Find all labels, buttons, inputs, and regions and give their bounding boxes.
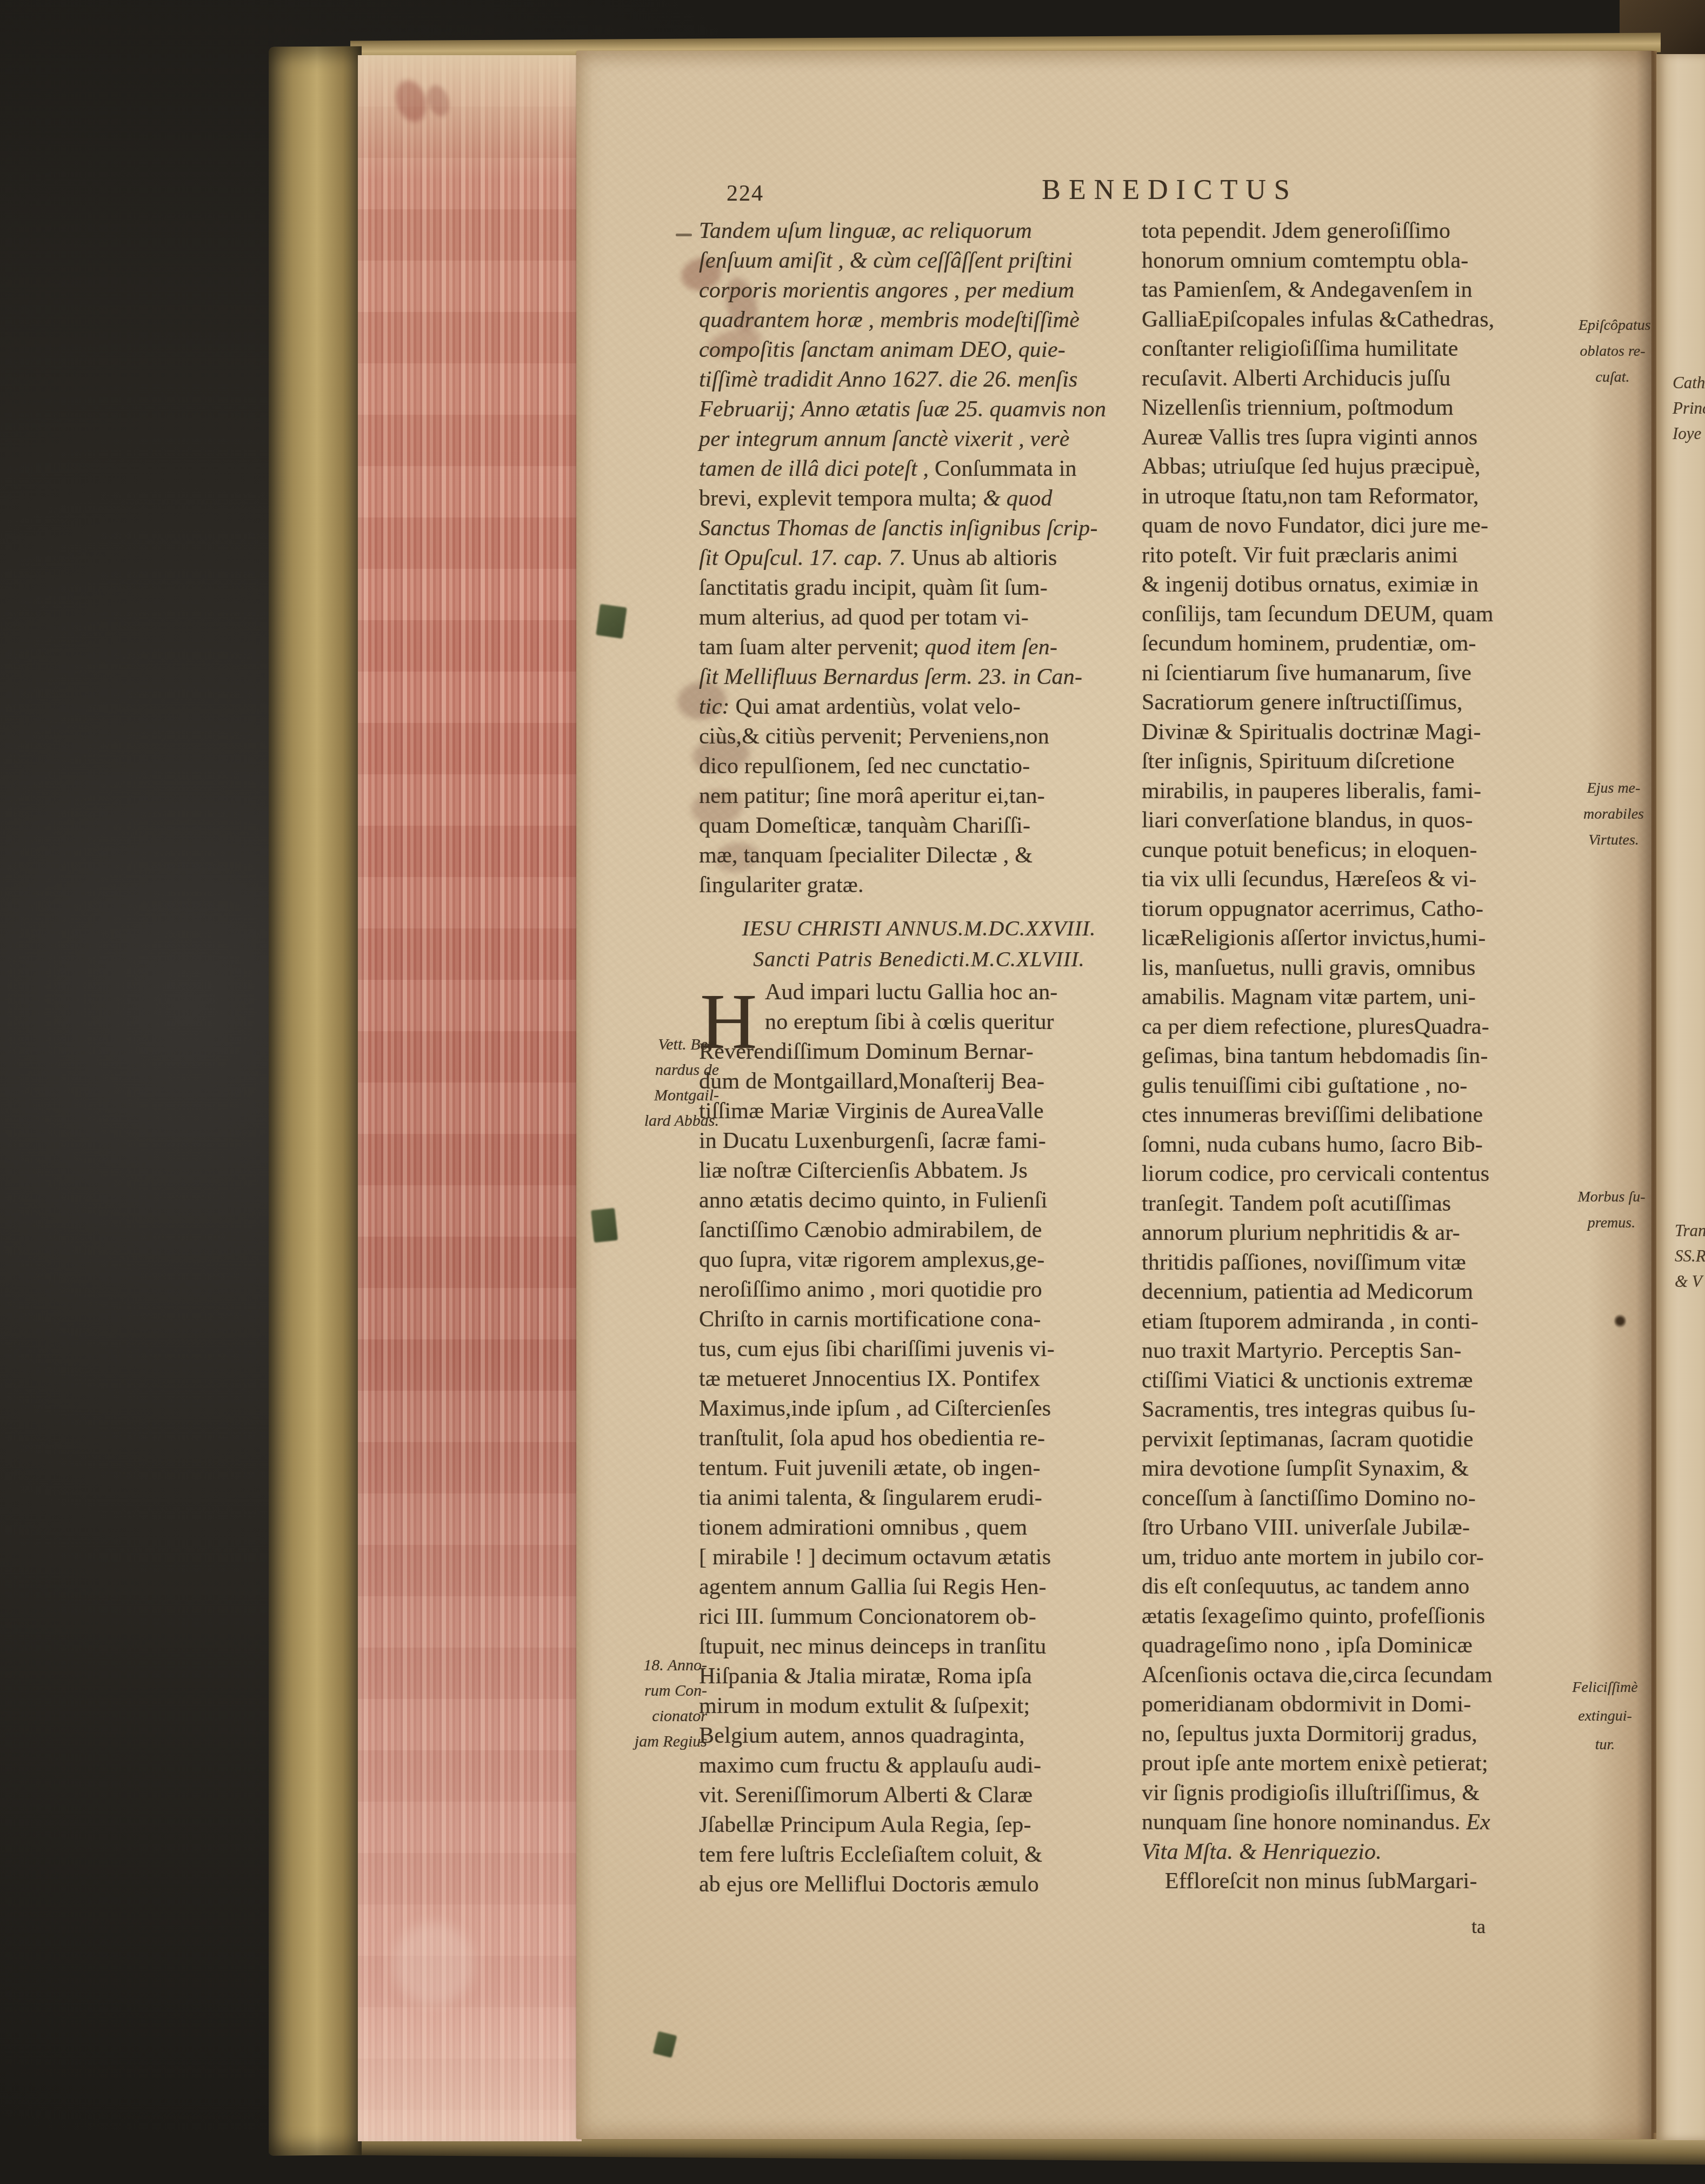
roman-text: recuſavit. Alberti Archiducis juſſu bbox=[1142, 366, 1451, 391]
roman-text: Feliciſſimè bbox=[1572, 1679, 1637, 1696]
text-line: tam ſuam alter pervenit; quod item ſen- bbox=[699, 633, 1139, 662]
text-line: rum Con- bbox=[608, 1678, 707, 1703]
roman-text: nardus de bbox=[655, 1061, 719, 1079]
roman-text: Qui amat ardentiùs, volat velo- bbox=[730, 694, 1021, 719]
roman-text: ætatis ſexageſimo quinto, profeſſionis bbox=[1142, 1604, 1485, 1629]
roman-text: ab ejus ore Melliflui Doctoris æmulo bbox=[699, 1872, 1039, 1897]
roman-text: dico repulſionem, ſed nec cunctatio- bbox=[699, 754, 1030, 779]
text-line: dis eſt conſequutus, ac tandem anno bbox=[1142, 1572, 1582, 1602]
roman-text: ca per diem refectione, pluresQuadra- bbox=[1142, 1014, 1489, 1039]
roman-text: ctes innumeras breviſſimi delibatione bbox=[1142, 1103, 1483, 1127]
roman-text: quadrageſimo nono , ipſa Dominicæ bbox=[1142, 1633, 1473, 1658]
roman-text: cuſat. bbox=[1596, 369, 1630, 386]
italic-text: Vita Mſta. & Henriquezio. bbox=[1142, 1840, 1382, 1864]
text-line: rici III. ſummum Concionatorem ob- bbox=[699, 1602, 1139, 1632]
text-line: tas Pamienſem, & Andegavenſem in bbox=[1142, 275, 1582, 305]
italic-text: quadrantem horæ , membris modeſtiſſimè bbox=[699, 308, 1080, 333]
text-line: Februarij; Anno ætatis ſuæ 25. quamvis n… bbox=[699, 395, 1139, 424]
italic-text: Februarij; Anno ætatis ſuæ 25. quamvis n… bbox=[699, 397, 1106, 422]
roman-text: tus, cum ejus ſibi chariſſimi juvenis vi… bbox=[699, 1337, 1055, 1362]
text-line: Morbus ſu- bbox=[1576, 1184, 1647, 1210]
roman-text: decennium, patientia ad Medicorum bbox=[1142, 1279, 1473, 1304]
margin-note-episcopatus: Epiſcôpatusoblatos re-cuſat. bbox=[1579, 313, 1647, 390]
facing-page-sliver bbox=[1656, 54, 1705, 2140]
roman-text: Unus ab altioris bbox=[906, 546, 1057, 570]
roman-text: Vett. Ber- bbox=[658, 1035, 719, 1053]
roman-text: tam ſuam alter pervenit; bbox=[699, 635, 925, 660]
roman-text: lard Abbas. bbox=[644, 1112, 719, 1130]
roman-text: tas Pamienſem, & Andegavenſem in bbox=[1142, 277, 1473, 302]
text-line: vir ſignis prodigioſis illuſtriſſimus, & bbox=[1142, 1778, 1582, 1808]
roman-text: pomeridianam obdormivit in Domi- bbox=[1142, 1692, 1471, 1717]
roman-text: vit. Sereniſſimorum Alberti & Claræ bbox=[699, 1783, 1033, 1808]
margin-note-extinguitur: Feliciſſimèextingui-tur. bbox=[1572, 1673, 1638, 1759]
text-line: mum alterius, ad quod per totam vi- bbox=[699, 603, 1139, 633]
text-line: ſanctitatis gradu incipit, quàm ſit ſum- bbox=[699, 573, 1139, 603]
text-line: Ioye bbox=[1673, 421, 1705, 446]
text-line: Belgium autem, annos quadraginta, bbox=[699, 1721, 1139, 1751]
roman-text: Belgium autem, annos quadraginta, bbox=[699, 1723, 1025, 1748]
roman-text: mirum in modum extulit & ſuſpexit; bbox=[699, 1694, 1030, 1718]
roman-text: honorum omnium comtemptu obla- bbox=[1142, 248, 1468, 273]
roman-text: Virtutes. bbox=[1588, 832, 1639, 848]
bookmark-tab bbox=[596, 604, 627, 639]
paragraph-dash bbox=[676, 234, 692, 236]
roman-text: Abbas; utriuſque ſed hujus præcipuè, bbox=[1142, 454, 1481, 479]
text-line: Vita Mſta. & Henriquezio. bbox=[1142, 1837, 1582, 1867]
italic-text: ſenſuum amiſit , & cùm ceſſâſſent priſti… bbox=[699, 248, 1073, 273]
roman-text: Princ bbox=[1673, 399, 1705, 417]
text-line: mirum in modum extulit & ſuſpexit; bbox=[699, 1691, 1139, 1721]
text-line: Maximus,inde ipſum , ad Ciſtercienſes bbox=[699, 1394, 1139, 1424]
text-line: Sanctus Thomas de ſanctis inſignibus ſcr… bbox=[699, 514, 1139, 543]
roman-text: nunquam ſine honore nominandus. bbox=[1142, 1810, 1466, 1835]
bookmark-tab bbox=[591, 1208, 618, 1243]
roman-text: quam de novo Fundator, dici jure me- bbox=[1142, 513, 1488, 538]
text-line: ctiſſimi Viatici & unctionis extremæ bbox=[1142, 1366, 1582, 1396]
text-line: tic: Qui amat ardentiùs, volat velo- bbox=[699, 692, 1139, 722]
text-line: nardus de bbox=[620, 1057, 719, 1083]
roman-text: tionem admirationi omnibus , quem bbox=[699, 1515, 1027, 1540]
text-line: Sacratiorum genere inſtructiſſimus, bbox=[1142, 688, 1582, 718]
roman-text: tiorum oppugnator acerrimus, Catho- bbox=[1142, 897, 1483, 921]
text-line: Reverendiſſimum Dominum Bernar- bbox=[699, 1037, 1139, 1067]
text-line: Cath bbox=[1673, 370, 1705, 395]
roman-text: tiſſimæ Mariæ Virginis de AureaValle bbox=[699, 1099, 1044, 1124]
roman-text: ni ſcientiarum ſive humanarum, ſive bbox=[1142, 661, 1471, 686]
text-line: & V bbox=[1675, 1269, 1705, 1294]
text-line: Abbas; utriuſque ſed hujus præcipuè, bbox=[1142, 452, 1582, 482]
text-line: tota pependit. Jdem generoſiſſimo bbox=[1142, 216, 1582, 246]
text-line: anno ætatis decimo quinto, in Fulienſi bbox=[699, 1186, 1139, 1216]
roman-text: ſanctiſſimo Cænobio admirabilem, de bbox=[699, 1218, 1042, 1243]
roman-text: Aſcenſionis octava die,circa ſecundam bbox=[1142, 1663, 1493, 1688]
roman-text: quo ſupra, vitæ rigorem amplexus,ge- bbox=[699, 1247, 1044, 1272]
roman-text: Sacratiorum genere inſtructiſſimus, bbox=[1142, 690, 1463, 715]
roman-text: Morbus ſu- bbox=[1577, 1189, 1645, 1205]
roman-text: mirabilis, in pauperes liberalis, fami- bbox=[1142, 779, 1481, 804]
text-line: corporis morientis angores , per medium bbox=[699, 276, 1139, 306]
fore-edge-shading bbox=[358, 55, 582, 2141]
roman-text: conceſſum à ſanctiſſimo Domino no- bbox=[1142, 1486, 1476, 1511]
text-line: ſecundum hominem, prudentiæ, om- bbox=[1142, 629, 1582, 659]
text-line: annorum plurium nephritidis & ar- bbox=[1142, 1218, 1582, 1248]
roman-text: Montgail- bbox=[654, 1086, 719, 1104]
text-line: Aud impari luctu Gallia hoc an- bbox=[699, 978, 1139, 1007]
roman-text: conſtanter religioſiſſima humilitate bbox=[1142, 336, 1458, 361]
roman-text: licæReligionis aſſertor invictus,humi- bbox=[1142, 926, 1486, 951]
italic-text: tamen de illâ dici poteſt , bbox=[699, 456, 929, 481]
italic-text: quod item ſen- bbox=[925, 635, 1057, 660]
text-line: maximo cum fructu & applauſu audi- bbox=[699, 1751, 1139, 1781]
text-line: cionator bbox=[608, 1703, 707, 1729]
text-line: agentem annum Gallia ſui Regis Hen- bbox=[699, 1572, 1139, 1602]
roman-text: ſomni, nuda cubans humo, ſacro Bib- bbox=[1142, 1132, 1483, 1157]
text-line: no ereptum ſibi à cœlis queritur bbox=[699, 1007, 1139, 1037]
text-line: dico repulſionem, ſed nec cunctatio- bbox=[699, 752, 1139, 781]
roman-text: Sancti Patris Benedicti.M.C.XLVIII. bbox=[753, 947, 1084, 971]
roman-text: SS.R bbox=[1675, 1246, 1705, 1265]
roman-text: in Ducatu Luxenburgenſi, ſacræ fami- bbox=[699, 1128, 1046, 1153]
text-line: Feliciſſimè bbox=[1572, 1673, 1638, 1702]
italic-text: Ex bbox=[1466, 1810, 1490, 1835]
roman-text: nuo traxit Martyrio. Perceptis San- bbox=[1142, 1338, 1461, 1363]
text-line: um, triduo ante mortem in jubilo cor- bbox=[1142, 1543, 1582, 1572]
roman-text: IESU CHRISTI ANNUS.M.DC.XXVIII. bbox=[742, 916, 1096, 940]
text-line: brevi, explevit tempora multa; & quod bbox=[699, 484, 1139, 514]
text-line: ætatis ſexageſimo quinto, profeſſionis bbox=[1142, 1602, 1582, 1631]
text-line: vit. Sereniſſimorum Alberti & Claræ bbox=[699, 1781, 1139, 1810]
roman-text: liorum codice, pro cervicali contentus bbox=[1142, 1161, 1489, 1186]
roman-text: tranſegit. Tandem poſt acutiſſimas bbox=[1142, 1191, 1451, 1216]
roman-text: ſtro Urbano VIII. univerſale Jubilæ- bbox=[1142, 1515, 1470, 1540]
text-line: rito poteſt. Vir fuit præclaris animi bbox=[1142, 541, 1582, 570]
text-line: tentum. Fuit juvenili ætate, ob ingen- bbox=[699, 1453, 1139, 1483]
text-line: tia animi talenta, & ſingularem erudi- bbox=[699, 1483, 1139, 1513]
text-line: dum de Montgaillard,Monaſterij Bea- bbox=[699, 1067, 1139, 1097]
text-line: Tandem uſum linguæ, ac reliquorum bbox=[699, 216, 1139, 246]
margin-note-bernardus: Vett. Ber-nardus deMontgail-lard Abbas. bbox=[620, 1032, 719, 1133]
text-line: licæReligionis aſſertor invictus,humi- bbox=[1142, 924, 1582, 953]
text-line: & ingenij dotibus ornatus, eximiæ in bbox=[1142, 570, 1582, 600]
roman-text: tur. bbox=[1595, 1736, 1615, 1753]
text-line: conſilijs, tam ſecundum DEUM, quam bbox=[1142, 600, 1582, 629]
roman-text: & V bbox=[1675, 1272, 1702, 1291]
page-number: 224 bbox=[727, 181, 764, 207]
text-line: thritidis paſſiones, noviſſimum vitæ bbox=[1142, 1248, 1582, 1278]
text-line: Virtutes. bbox=[1582, 827, 1646, 853]
roman-text: ſanctitatis gradu incipit, quàm ſit ſum- bbox=[699, 575, 1048, 600]
text-line: ſit Opuſcul. 17. cap. 7. Unus ab altiori… bbox=[699, 543, 1139, 573]
roman-text: no, ſepultus juxta Dormitorij gradus, bbox=[1142, 1722, 1477, 1747]
text-line: tia vix ulli ſecundus, Hæreſeos & vi- bbox=[1142, 865, 1582, 894]
roman-text: agentem annum Gallia ſui Regis Hen- bbox=[699, 1575, 1047, 1599]
text-line: ca per diem refectione, pluresQuadra- bbox=[1142, 1012, 1582, 1042]
text-line: Jſabellæ Principum Aula Regia, ſep- bbox=[699, 1810, 1139, 1840]
text-line: pervixit ſeptimanas, ſacram quotidie bbox=[1142, 1425, 1582, 1455]
roman-text: Ejus me- bbox=[1587, 780, 1641, 796]
italic-text: tic: bbox=[699, 694, 730, 719]
text-line: liæ noſtræ Ciſtercienſis Abbatem. Js bbox=[699, 1156, 1139, 1186]
text-line: tranſegit. Tandem poſt acutiſſimas bbox=[1142, 1189, 1582, 1219]
text-line: Chriſto in carnis mortificatione cona- bbox=[699, 1305, 1139, 1335]
facing-page-text-lower: TranSS.R& V bbox=[1675, 1218, 1705, 1294]
roman-text: in utroque ſtatu,non tam Reformator, bbox=[1142, 484, 1479, 509]
roman-text: 18. Anno- bbox=[643, 1656, 707, 1674]
text-line: Vett. Ber- bbox=[620, 1032, 719, 1057]
book-cover-edge bbox=[269, 47, 362, 2156]
text-line: pomeridianam obdormivit in Domi- bbox=[1142, 1690, 1582, 1720]
roman-text: mum alterius, ad quod per totam vi- bbox=[699, 605, 1029, 630]
text-line: IESU CHRISTI ANNUS.M.DC.XXVIII. bbox=[699, 913, 1139, 944]
text-line: quo ſupra, vitæ rigorem amplexus,ge- bbox=[699, 1245, 1139, 1275]
roman-text: no ereptum ſibi à cœlis queritur bbox=[765, 1010, 1054, 1034]
running-title: BENEDICTUS bbox=[1001, 174, 1338, 206]
roman-text: neroſiſſimo animo , mori quotidie pro bbox=[699, 1277, 1042, 1302]
text-line: extingui- bbox=[1572, 1702, 1638, 1730]
text-line: Princ bbox=[1673, 395, 1705, 421]
roman-text: annorum plurium nephritidis & ar- bbox=[1142, 1220, 1460, 1245]
margin-ink-blot bbox=[1614, 1314, 1626, 1328]
text-line: tem fere luſtris Eccleſiaſtem coluit, & bbox=[699, 1840, 1139, 1870]
roman-text: Epiſcôpatus bbox=[1579, 317, 1651, 334]
text-line: tus, cum ejus ſibi chariſſimi juvenis vi… bbox=[699, 1335, 1139, 1364]
text-line: Nizellenſis triennium, poſtmodum bbox=[1142, 393, 1582, 423]
text-line: tionem admirationi omnibus , quem bbox=[699, 1513, 1139, 1543]
roman-text: tem fere luſtris Eccleſiaſtem coluit, & bbox=[699, 1842, 1042, 1867]
text-line: geſimas, bina tantum hebdomadis ſin- bbox=[1142, 1041, 1582, 1071]
text-line: recuſavit. Alberti Archiducis juſſu bbox=[1142, 364, 1582, 394]
roman-text: dis eſt conſequutus, ac tandem anno bbox=[1142, 1574, 1470, 1599]
text-line: nem patitur; ſine morâ aperitur ei,tan- bbox=[699, 781, 1139, 811]
text-line: no, ſepultus juxta Dormitorij gradus, bbox=[1142, 1720, 1582, 1749]
left-column-upper-text: Tandem uſum linguæ, ac reliquorumſenſuum… bbox=[699, 216, 1139, 900]
text-line: in utroque ſtatu,non tam Reformator, bbox=[1142, 482, 1582, 512]
text-line: nunquam ſine honore nominandus. Ex bbox=[1142, 1808, 1582, 1837]
text-line: [ mirabile ! ] decimum octavum ætatis bbox=[699, 1543, 1139, 1572]
text-line: ſter inſignis, Spirituum diſcretione bbox=[1142, 747, 1582, 776]
text-line: amabilis. Magnam vitæ partem, uni- bbox=[1142, 983, 1582, 1012]
roman-text: rum Con- bbox=[644, 1682, 707, 1700]
roman-text: cunque potuit beneficus; in eloquen- bbox=[1142, 838, 1477, 862]
roman-text: Nizellenſis triennium, poſtmodum bbox=[1142, 395, 1454, 420]
roman-text: liari converſatione blandus, in quos- bbox=[1142, 808, 1473, 833]
roman-text: dum de Montgaillard,Monaſterij Bea- bbox=[699, 1069, 1044, 1094]
text-line: etiam ſtuporem admiranda , in conti- bbox=[1142, 1307, 1582, 1337]
roman-text: Chriſto in carnis mortificatione cona- bbox=[699, 1307, 1041, 1332]
roman-text: mira devotione ſumpſit Synaxim, & bbox=[1142, 1456, 1469, 1481]
roman-text: Hiſpania & Jtalia miratæ, Roma ipſa bbox=[699, 1664, 1032, 1689]
roman-text: extingui- bbox=[1578, 1708, 1632, 1724]
roman-text: Aureæ Vallis tres ſupra viginti annos bbox=[1142, 425, 1477, 450]
year-heading: IESU CHRISTI ANNUS.M.DC.XXVIII.Sancti Pa… bbox=[699, 913, 1139, 974]
roman-text: Sacramentis, tres integras quibus ſu- bbox=[1142, 1397, 1475, 1422]
roman-text: lis, manſuetus, nulli gravis, omnibus bbox=[1142, 955, 1476, 980]
text-line: ſingulariter gratæ. bbox=[699, 871, 1139, 900]
roman-text: rito poteſt. Vir fuit præclaris animi bbox=[1142, 543, 1458, 568]
text-line: premus. bbox=[1576, 1210, 1647, 1236]
italic-text: corporis morientis angores , per medium bbox=[699, 278, 1075, 303]
italic-text: & quod bbox=[983, 486, 1052, 511]
text-line: tiſſimæ Mariæ Virginis de AureaValle bbox=[699, 1097, 1139, 1126]
text-line: cunque potuit beneficus; in eloquen- bbox=[1142, 835, 1582, 865]
roman-text: Conſummata in bbox=[929, 456, 1076, 481]
text-line: ſomni, nuda cubans humo, ſacro Bib- bbox=[1142, 1130, 1582, 1160]
text-line: conceſſum à ſanctiſſimo Domino no- bbox=[1142, 1484, 1582, 1513]
roman-text: amabilis. Magnam vitæ partem, uni- bbox=[1142, 985, 1476, 1010]
text-line: neroſiſſimo animo , mori quotidie pro bbox=[699, 1275, 1139, 1305]
text-line: Divinæ & Spiritualis doctrinæ Magi- bbox=[1142, 718, 1582, 747]
text-line: gulis tenuiſſimi cibi guſtatione , no- bbox=[1142, 1071, 1582, 1101]
roman-text: morabiles bbox=[1583, 806, 1644, 822]
roman-text: brevi, explevit tempora multa; bbox=[699, 486, 983, 511]
roman-text: ciùs,& citiùs pervenit; Perveniens,non bbox=[699, 724, 1049, 749]
text-line: ni ſcientiarum ſive humanarum, ſive bbox=[1142, 659, 1582, 688]
roman-text: geſimas, bina tantum hebdomadis ſin- bbox=[1142, 1044, 1488, 1068]
roman-text: thritidis paſſiones, noviſſimum vitæ bbox=[1142, 1250, 1466, 1275]
roman-text: Divinæ & Spiritualis doctrinæ Magi- bbox=[1142, 720, 1481, 745]
roman-text: Jſabellæ Principum Aula Regia, ſep- bbox=[699, 1813, 1031, 1837]
text-line: tiorum oppugnator acerrimus, Catho- bbox=[1142, 894, 1582, 924]
text-line: tranſtulit, ſola apud hos obedientia re- bbox=[699, 1424, 1139, 1453]
roman-text: tæ metueret Jnnocentius IX. Pontifex bbox=[699, 1366, 1040, 1391]
roman-text: ſter inſignis, Spirituum diſcretione bbox=[1142, 749, 1455, 774]
catchword: ta bbox=[1471, 1915, 1486, 1938]
text-line: Ejus me- bbox=[1582, 775, 1646, 801]
text-line: quam de novo Fundator, dici jure me- bbox=[1142, 511, 1582, 541]
text-line: honorum omnium comtemptu obla- bbox=[1142, 246, 1582, 276]
text-line: conſtanter religioſiſſima humilitate bbox=[1142, 334, 1582, 364]
roman-text: tia vix ulli ſecundus, Hæreſeos & vi- bbox=[1142, 867, 1477, 892]
roman-text: tranſtulit, ſola apud hos obedientia re- bbox=[699, 1426, 1045, 1451]
text-line: mæ, tanquam ſpecialiter Dilectæ , & bbox=[699, 841, 1139, 871]
text-line: Epiſcôpatus bbox=[1579, 313, 1647, 338]
roman-text: cionator bbox=[652, 1707, 707, 1725]
roman-text: Aud impari luctu Gallia hoc an- bbox=[765, 980, 1058, 1005]
italic-text: compoſitis ſanctam animam DEO, quie- bbox=[699, 337, 1065, 362]
roman-text: Maximus,inde ipſum , ad Ciſtercienſes bbox=[699, 1396, 1051, 1421]
facing-page-text-upper: CathPrincIoye bbox=[1673, 370, 1705, 446]
left-column-lower-text: H Aud impari luctu Gallia hoc an-no erep… bbox=[699, 978, 1139, 1900]
text-line: lis, manſuetus, nulli gravis, omnibus bbox=[1142, 953, 1582, 983]
text-line: Montgail- bbox=[620, 1083, 719, 1108]
roman-text: maximo cum fructu & applauſu audi- bbox=[699, 1753, 1041, 1778]
margin-note-morbus: Morbus ſu-premus. bbox=[1576, 1184, 1647, 1236]
text-line: decennium, patientia ad Medicorum bbox=[1142, 1277, 1582, 1307]
text-line: Aureæ Vallis tres ſupra viginti annos bbox=[1142, 423, 1582, 453]
roman-text: mæ, tanquam ſpecialiter Dilectæ , & bbox=[699, 843, 1033, 868]
roman-text: quam Domeſticæ, tanquàm Chariſſi- bbox=[699, 813, 1030, 838]
text-line: ſit Mellifluus Bernardus ſerm. 23. in Ca… bbox=[699, 662, 1139, 692]
text-line: ſenſuum amiſit , & cùm ceſſâſſent priſti… bbox=[699, 246, 1139, 276]
italic-text: per integrum annum ſanctè vixerit , verè bbox=[699, 427, 1070, 452]
text-line: Aſcenſionis octava die,circa ſecundam bbox=[1142, 1661, 1582, 1690]
roman-text: um, triduo ante mortem in jubilo cor- bbox=[1142, 1545, 1484, 1570]
roman-text: ſtupuit, nec minus deinceps in tranſitu bbox=[699, 1634, 1046, 1659]
open-book-photo: 224 BENEDICTUS Tandem uſum linguæ, ac re… bbox=[0, 0, 1705, 2184]
text-line: quadrageſimo nono , ipſa Dominicæ bbox=[1142, 1631, 1582, 1661]
roman-text: oblatos re- bbox=[1580, 343, 1645, 360]
roman-text: GalliaEpiſcopales infulas &Cathedras, bbox=[1142, 307, 1494, 332]
roman-text: [ mirabile ! ] decimum octavum ætatis bbox=[699, 1545, 1051, 1570]
roman-text: etiam ſtuporem admiranda , in conti- bbox=[1142, 1309, 1478, 1334]
text-line: lard Abbas. bbox=[620, 1108, 719, 1133]
text-line: Hiſpania & Jtalia miratæ, Roma ipſa bbox=[699, 1662, 1139, 1691]
text-line: liari converſatione blandus, in quos- bbox=[1142, 806, 1582, 835]
italic-text: Tandem uſum linguæ, ac reliquorum bbox=[699, 218, 1032, 243]
text-line: compoſitis ſanctam animam DEO, quie- bbox=[699, 335, 1139, 365]
roman-text: ctiſſimi Viatici & unctionis extremæ bbox=[1142, 1368, 1473, 1393]
text-line: ciùs,& citiùs pervenit; Perveniens,non bbox=[699, 722, 1139, 752]
margin-note-virtutes: Ejus me-morabilesVirtutes. bbox=[1582, 775, 1646, 853]
roman-text: ſingulariter gratæ. bbox=[699, 873, 864, 898]
text-line: Effloreſcit non minus ſubMargari- bbox=[1142, 1867, 1582, 1896]
text-line: oblatos re- bbox=[1579, 338, 1647, 364]
roman-text: conſilijs, tam ſecundum DEUM, quam bbox=[1142, 602, 1494, 627]
text-line: ab ejus ore Melliflui Doctoris æmulo bbox=[699, 1870, 1139, 1900]
roman-text: prout ipſe ante mortem enixè petierat; bbox=[1142, 1751, 1488, 1776]
text-line: per integrum annum ſanctè vixerit , verè bbox=[699, 424, 1139, 454]
text-line: 18. Anno- bbox=[608, 1652, 707, 1678]
text-line: ſanctiſſimo Cænobio admirabilem, de bbox=[699, 1216, 1139, 1245]
text-line: quam Domeſticæ, tanquàm Chariſſi- bbox=[699, 811, 1139, 841]
text-line: prout ipſe ante mortem enixè petierat; bbox=[1142, 1749, 1582, 1778]
roman-text: tentum. Fuit juvenili ætate, ob ingen- bbox=[699, 1456, 1041, 1481]
roman-text: vir ſignis prodigioſis illuſtriſſimus, & bbox=[1142, 1781, 1480, 1805]
text-line: Sancti Patris Benedicti.M.C.XLVIII. bbox=[699, 944, 1139, 974]
roman-text: Tran bbox=[1675, 1221, 1705, 1240]
roman-text: Ioye bbox=[1673, 424, 1701, 443]
margin-note-concionator: 18. Anno-rum Con-cionatorjam Regius bbox=[608, 1652, 707, 1754]
text-line: tæ metueret Jnnocentius IX. Pontifex bbox=[699, 1364, 1139, 1394]
text-line: mirabilis, in pauperes liberalis, fami- bbox=[1142, 776, 1582, 806]
text-line: ctes innumeras breviſſimi delibatione bbox=[1142, 1100, 1582, 1130]
text-line: ſtro Urbano VIII. univerſale Jubilæ- bbox=[1142, 1513, 1582, 1543]
text-line: cuſat. bbox=[1579, 364, 1647, 390]
roman-text: liæ noſtræ Ciſtercienſis Abbatem. Js bbox=[699, 1158, 1028, 1183]
roman-text: pervixit ſeptimanas, ſacram quotidie bbox=[1142, 1427, 1474, 1452]
italic-text: tiſſimè tradidit Anno 1627. die 26. menſ… bbox=[699, 367, 1078, 392]
roman-text: tia animi talenta, & ſingularem erudi- bbox=[699, 1485, 1042, 1510]
roman-text: Cath bbox=[1673, 373, 1705, 392]
text-line: GalliaEpiſcopales infulas &Cathedras, bbox=[1142, 305, 1582, 335]
text-line: tamen de illâ dici poteſt , Conſummata i… bbox=[699, 454, 1139, 484]
pale-edge-smear bbox=[365, 1893, 517, 2071]
text-line: mira devotione ſumpſit Synaxim, & bbox=[1142, 1454, 1582, 1484]
italic-text: Sanctus Thomas de ſanctis inſignibus ſcr… bbox=[699, 516, 1098, 541]
text-line: morabiles bbox=[1582, 801, 1646, 827]
text-line: ſtupuit, nec minus deinceps in tranſitu bbox=[699, 1632, 1139, 1662]
roman-text: & ingenij dotibus ornatus, eximiæ in bbox=[1142, 572, 1478, 597]
roman-text: anno ætatis decimo quinto, in Fulienſi bbox=[699, 1188, 1048, 1213]
text-line: SS.R bbox=[1675, 1243, 1705, 1269]
text-line: nuo traxit Martyrio. Perceptis San- bbox=[1142, 1336, 1582, 1366]
text-line: Tran bbox=[1675, 1218, 1705, 1243]
right-column-text: tota pependit. Jdem generoſiſſimohonorum… bbox=[1142, 216, 1582, 1896]
roman-text: rici III. ſummum Concionatorem ob- bbox=[699, 1604, 1036, 1629]
text-line: quadrantem horæ , membris modeſtiſſimè bbox=[699, 306, 1139, 335]
text-line: jam Regius bbox=[608, 1729, 707, 1754]
text-line: Sacramentis, tres integras quibus ſu- bbox=[1142, 1395, 1582, 1425]
roman-text: premus. bbox=[1588, 1214, 1635, 1231]
text-line: tur. bbox=[1572, 1730, 1638, 1759]
roman-text: nem patitur; ſine morâ aperitur ei,tan- bbox=[699, 784, 1045, 808]
text-line: in Ducatu Luxenburgenſi, ſacræ fami- bbox=[699, 1126, 1139, 1156]
text-line: tiſſimè tradidit Anno 1627. die 26. menſ… bbox=[699, 365, 1139, 395]
text-line: liorum codice, pro cervicali contentus bbox=[1142, 1159, 1582, 1189]
roman-text: tota pependit. Jdem generoſiſſimo bbox=[1142, 218, 1450, 243]
italic-text: ſit Opuſcul. 17. cap. 7. bbox=[699, 546, 906, 570]
